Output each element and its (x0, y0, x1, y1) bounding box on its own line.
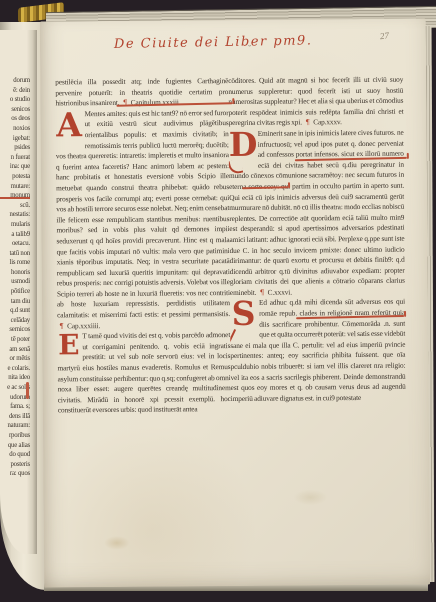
sliver-line: scū. (0, 201, 30, 211)
chapter-33-initial: A (55, 110, 82, 141)
capitulum-mark: ¶ (303, 118, 312, 127)
sliver-line: mutare: (0, 182, 30, 192)
sliver-line: tam diu (0, 297, 30, 307)
chapter-35-heading: Cap.xxxv. (313, 118, 342, 127)
folio-number: 27 (379, 30, 389, 41)
chapter-36-initial: S (230, 299, 257, 330)
sliver-line: igebat: (0, 134, 30, 144)
chapter-34-text: T tamē quod vivitis dei est q. vobis par… (57, 330, 230, 415)
page-stain (104, 536, 130, 550)
running-title: De Ciuite dei Liber pm9. (114, 33, 314, 52)
page-stain (293, 489, 327, 505)
sliver-line: psides (0, 143, 30, 153)
sliver-line: que alias (0, 441, 30, 451)
sliver-line: senicos (0, 105, 30, 115)
sliver-line: monum (0, 191, 30, 201)
sliver-line: nestatis: (0, 210, 30, 220)
text-column-right: cōditores. Quid aūt magnū si hoc fecerīt… (228, 75, 406, 472)
sliver-line: a talib9 (0, 230, 30, 240)
sliver-line: rporibus (0, 431, 30, 441)
sliver-line: ra: quos (0, 469, 30, 479)
sliver-line: q.d sunt (0, 306, 30, 316)
sliver-line: naturam: (0, 421, 30, 431)
sliver-line: sernicos (0, 325, 30, 335)
chapter-35-block: D Eminerit sane in ipis inimicis latere … (229, 128, 405, 299)
sliver-line: noxios (0, 124, 30, 134)
sliver-line: dorum (0, 76, 30, 86)
sliver-line: os deos (0, 114, 30, 124)
sliver-line: oetacu. (0, 239, 30, 249)
chapter-33-block: A Mentes amites: quis est hic tant9? nō … (55, 108, 230, 332)
sliver-line: lis rome (0, 258, 30, 268)
sliver-line: ē: dein (0, 86, 30, 96)
chapter-34-end: cōditores. Quid aūt magnū si hoc fecerīt… (228, 75, 403, 129)
chapter-35-initial: D (229, 130, 256, 161)
facing-page-sliver: dorumē: deino studiosenicosos deosnoxios… (0, 30, 37, 554)
chapter-34-initial: E (57, 332, 80, 359)
sliver-line: posteris (0, 460, 30, 470)
sliver-line: e colaris. (0, 364, 30, 374)
book-photo: dorumē: deino studiosenicosos deosnoxios… (0, 0, 436, 602)
pen-trial-mark: ˘ (248, 44, 251, 55)
chapter-36-block: S Ed adhuc q.dā mihi dicenda sūt adversu… (230, 297, 406, 404)
sliver-line: pōtifice (0, 287, 30, 297)
sliver-line: o studio (0, 95, 30, 105)
sliver-line: am senā (0, 345, 30, 355)
text-column-left: pestilēcia illa possedit atq; inde fugie… (55, 76, 231, 473)
manuscript-page: De Ciuite dei Liber pm9. 27 ˘ pestilēcia… (40, 18, 430, 587)
rubric-mark (26, 382, 29, 399)
sliver-line: celāday (0, 316, 30, 326)
chapter-34-block: E T tamē quod vivitis dei est q. vobis p… (57, 330, 231, 416)
rubric-underline (0, 197, 30, 199)
sliver-line: honoris (0, 268, 30, 278)
sliver-line: potesta (0, 172, 30, 182)
sliver-line: or mētis (0, 354, 30, 364)
sliver-line: dens illā (0, 412, 30, 422)
sliver-line: ina: que (0, 162, 30, 172)
sliver-line: usmodi (0, 277, 30, 287)
sliver-line: do quod (0, 450, 30, 460)
sliver-line: mularis (0, 220, 30, 230)
sliver-line: fama. s; (0, 402, 30, 412)
sliver-line: tatū non (0, 249, 30, 259)
sliver-line: tē poter (0, 335, 30, 345)
chapter-36-heading: C.xxxvi. (268, 287, 292, 296)
sliver-line: n fuerat (0, 153, 30, 163)
capitulum-mark: ¶ (258, 288, 267, 297)
sliver-text-fragments: dorumē: deino studiosenicosos deosnoxios… (0, 76, 30, 482)
